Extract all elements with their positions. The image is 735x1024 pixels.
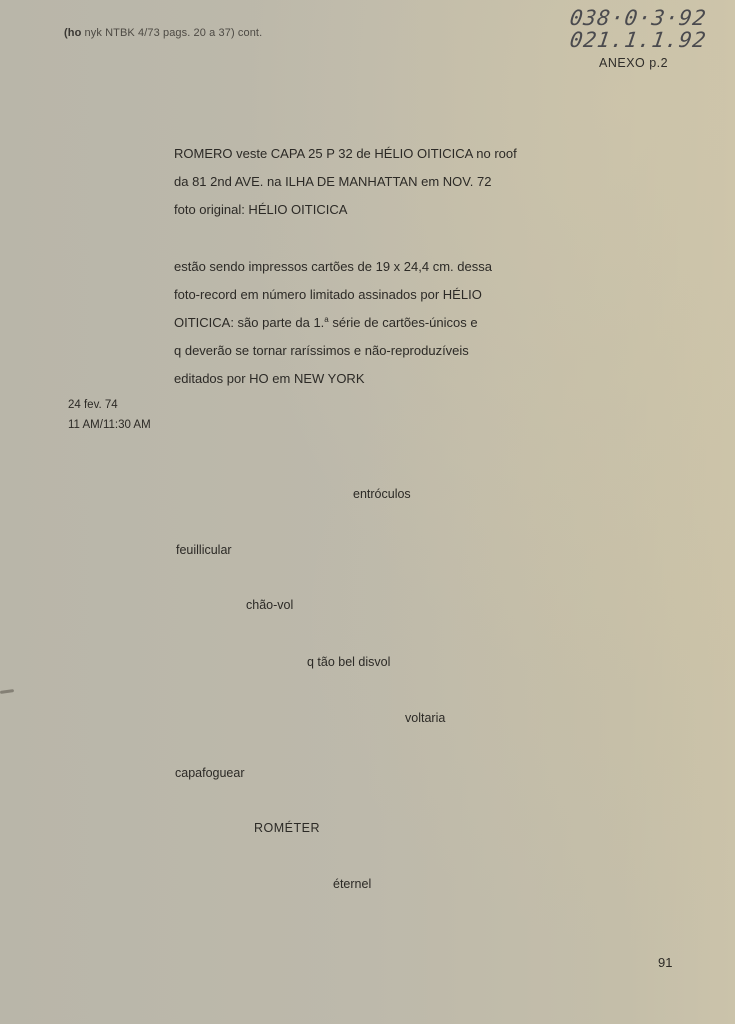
poem-word-7: ROMÉTER	[254, 822, 320, 835]
poem-word-3: chão-vol	[246, 599, 293, 612]
notebook-reference-bold: (ho	[64, 27, 81, 39]
poem-word-2: feuillicular	[176, 544, 232, 557]
document-page: (ho nyk NTBK 4/73 pags. 20 a 37) cont. 0…	[0, 0, 735, 1024]
poem-word-1: entróculos	[353, 488, 411, 501]
poem-word-6: capafoguear	[175, 767, 245, 780]
paragraph-2-line-5: editados por HO em NEW YORK	[174, 372, 365, 385]
paragraph-2-line-1: estão sendo impressos cartões de 19 x 24…	[174, 260, 492, 273]
dateline-date: 24 fev. 74	[68, 400, 118, 412]
archive-code-2: 021.1.1.92	[568, 28, 708, 52]
paragraph-2-line-3-pre: OITICICA: são parte da 1.	[174, 315, 324, 330]
paragraph-1-line-3: foto original: HÉLIO OITICICA	[174, 203, 347, 216]
poem-word-4: q tão bel disvol	[307, 656, 390, 669]
paragraph-2-line-3-post: série de cartões-únicos e	[329, 315, 478, 330]
paragraph-2-line-3: OITICICA: são parte da 1.a série de cart…	[174, 316, 478, 329]
notebook-reference-rest: nyk NTBK 4/73 pags. 20 a 37) cont.	[81, 27, 262, 39]
paper-edge-mark	[0, 689, 14, 694]
paragraph-2-line-2: foto-record em número limitado assinados…	[174, 288, 482, 301]
poem-word-8: éternel	[333, 878, 371, 891]
paragraph-2-line-4: q deverão se tornar raríssimos e não-rep…	[174, 344, 469, 357]
annex-label: ANEXO p.2	[599, 57, 668, 70]
paragraph-1-line-2: da 81 2nd AVE. na ILHA DE MANHATTAN em N…	[174, 175, 491, 188]
archive-code-1: 038·0·3·92	[568, 6, 708, 30]
poem-word-5: voltaria	[405, 712, 445, 725]
notebook-reference: (ho nyk NTBK 4/73 pags. 20 a 37) cont.	[64, 28, 262, 39]
dateline-time: 11 AM/11:30 AM	[68, 420, 151, 432]
page-number: 91	[658, 956, 672, 969]
paragraph-1-line-1: ROMERO veste CAPA 25 P 32 de HÉLIO OITIC…	[174, 147, 517, 160]
